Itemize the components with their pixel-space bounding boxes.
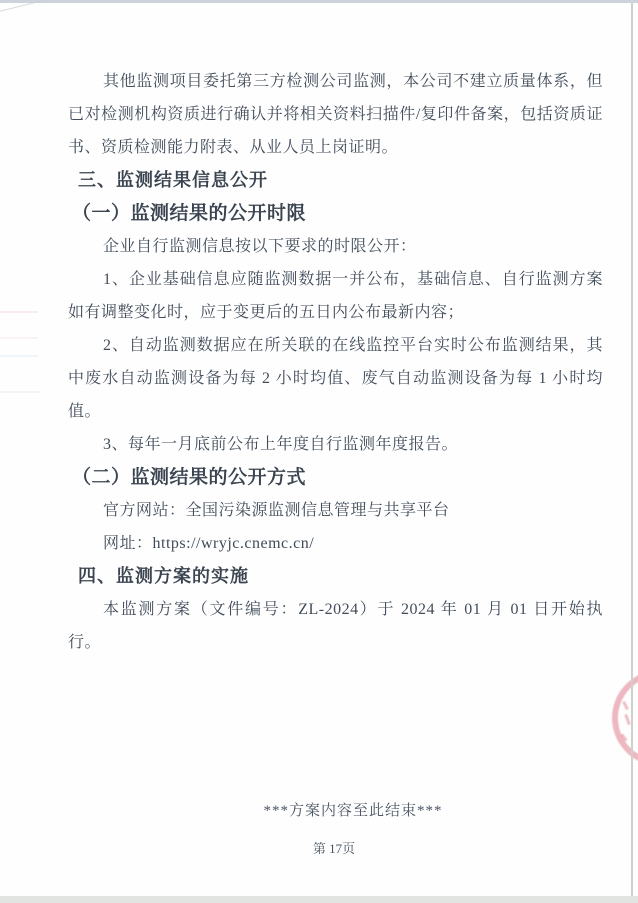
body-paragraph: 官方网站：全国污染源监测信息管理与共享平台 [68, 494, 603, 527]
document-text-block: 其他监测项目委托第三方检测公司监测，本公司不建立质量体系，但已对检测机构资质进行… [68, 65, 603, 828]
end-of-content-note: ***方案内容至此结束*** [68, 795, 603, 828]
body-paragraph: 其他监测项目委托第三方检测公司监测，本公司不建立质量体系，但已对检测机构资质进行… [68, 65, 603, 164]
body-paragraph: 2、自动监测数据应在所关联的在线监控平台实时公布监测结果，其中废水自动监测设备为… [68, 329, 603, 428]
subsection-heading: （一）监测结果的公开时限 [68, 197, 603, 230]
body-paragraph: 3、每年一月底前公布上年度自行监测年度报告。 [68, 428, 603, 461]
scan-streak-artifact [0, 391, 40, 393]
scan-top-edge-artifact [0, 0, 638, 3]
body-paragraph: 1、企业基础信息应随监测数据一并公布，基础信息、自行监测方案如有调整变化时，应于… [68, 263, 603, 329]
body-paragraph: 网址：https://wryjc.cnemc.cn/ [68, 527, 603, 560]
section-heading: 三、监测结果信息公开 [68, 164, 603, 197]
page-number: 第 17页 [30, 838, 638, 857]
section-heading: 四、监测方案的实施 [68, 560, 603, 593]
body-paragraph: 企业自行监测信息按以下要求的时限公开： [68, 230, 603, 263]
body-paragraph: 本监测方案（文件编号：ZL-2024）于 2024 年 01 月 01 日开始执… [68, 593, 603, 659]
document-sections: 其他监测项目委托第三方检测公司监测，本公司不建立质量体系，但已对检测机构资质进行… [68, 65, 603, 659]
scanned-document-page: 其他监测项目委托第三方检测公司监测，本公司不建立质量体系，但已对检测机构资质进行… [0, 0, 638, 903]
scan-right-edge-artifact [631, 3, 633, 896]
scan-streak-artifact [0, 337, 38, 339]
scan-bottom-edge-artifact [0, 896, 638, 903]
scan-streak-artifact [0, 355, 38, 357]
scan-streak-artifact [0, 311, 38, 313]
subsection-heading: （二）监测结果的公开方式 [68, 461, 603, 494]
